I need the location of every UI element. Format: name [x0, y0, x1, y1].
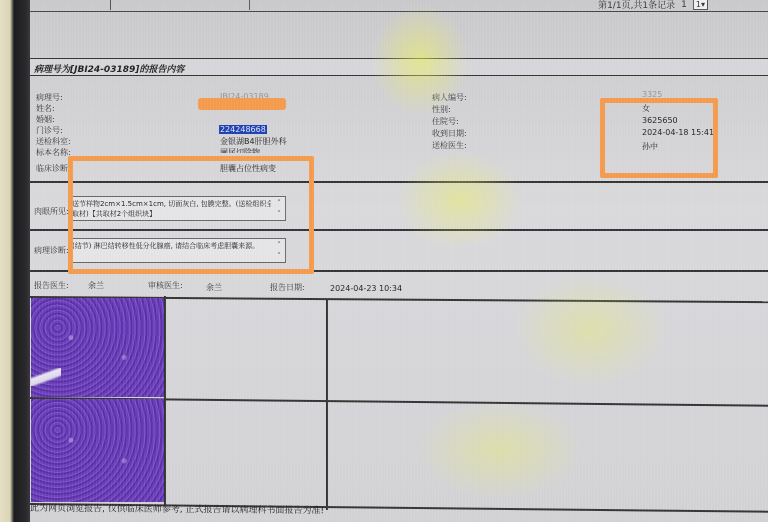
- report-window: 第1/1页,共1条记录 1 1▾ 病理号为[JBI24-03189]的报告内容 …: [30, 0, 768, 522]
- report-title: 病理号为[JBI24-03189]的报告内容: [34, 62, 184, 75]
- field-label-specimen: 标本名称:: [36, 147, 71, 158]
- field-label-name: 姓名:: [36, 103, 55, 114]
- report-doctor-value: 余兰: [88, 280, 104, 291]
- gross-description-label: 肉眼所见:: [34, 206, 69, 217]
- image-grid-border: [164, 296, 166, 506]
- field-value-outpatient-no[interactable]: 224248668: [219, 125, 267, 134]
- field-value-department: 金银湖B4肝胆外科: [220, 136, 287, 147]
- field-label-patient-id: 病人编号:: [432, 92, 467, 103]
- page-select[interactable]: 1▾: [693, 0, 708, 10]
- report-doctor-label: 报告医生:: [34, 280, 69, 291]
- pager-page-value: 1: [681, 0, 687, 10]
- top-table-cell: [110, 0, 250, 10]
- annotation-box-findings: [68, 156, 314, 274]
- microscopy-image-1[interactable]: [31, 298, 164, 397]
- field-label-received-date: 收到日期:: [432, 128, 467, 139]
- field-label-inpatient-no: 住院号:: [432, 116, 459, 127]
- field-label-marital: 婚姻:: [36, 114, 55, 125]
- field-label-pathology-no: 病理号:: [36, 92, 63, 103]
- field-label-clinical-diagnosis: 临床诊断:: [36, 163, 71, 174]
- report-title-bar: 病理号为[JBI24-03189]的报告内容: [30, 58, 768, 76]
- annotation-box-patient-info: [600, 98, 718, 178]
- field-label-department: 送检科室:: [36, 136, 71, 147]
- pager: 第1/1页,共1条记录 1 1▾: [598, 0, 708, 11]
- field-label-referring-doctor: 送检医生:: [432, 140, 467, 151]
- field-value-specimen: 阑尾切除物: [220, 147, 260, 153]
- monitor-bezel: [0, 0, 30, 522]
- report-date-label: 报告日期:: [270, 282, 305, 293]
- disclaimer-note: 此为网页浏览报告, 仅供临床医师参考, 正式报告请以病理科书面报告为准!: [30, 501, 324, 517]
- image-grid-border: [326, 300, 328, 510]
- pager-text: 第1/1页,共1条记录: [598, 0, 675, 11]
- redaction-overlay: [198, 98, 286, 110]
- pathology-diagnosis-label: 病理诊断:: [34, 245, 69, 256]
- top-table-header: 第1/1页,共1条记录 1 1▾: [30, 0, 768, 12]
- review-doctor-value: 余兰: [206, 282, 222, 293]
- field-label-gender: 性别:: [432, 104, 451, 115]
- microscopy-image-2[interactable]: [31, 399, 164, 502]
- chevron-down-icon: ▾: [701, 0, 705, 9]
- report-date-value: 2024-04-23 10:34: [330, 284, 402, 293]
- field-label-outpatient-no: 门诊号:: [36, 125, 63, 136]
- review-doctor-label: 审核医生:: [148, 280, 183, 291]
